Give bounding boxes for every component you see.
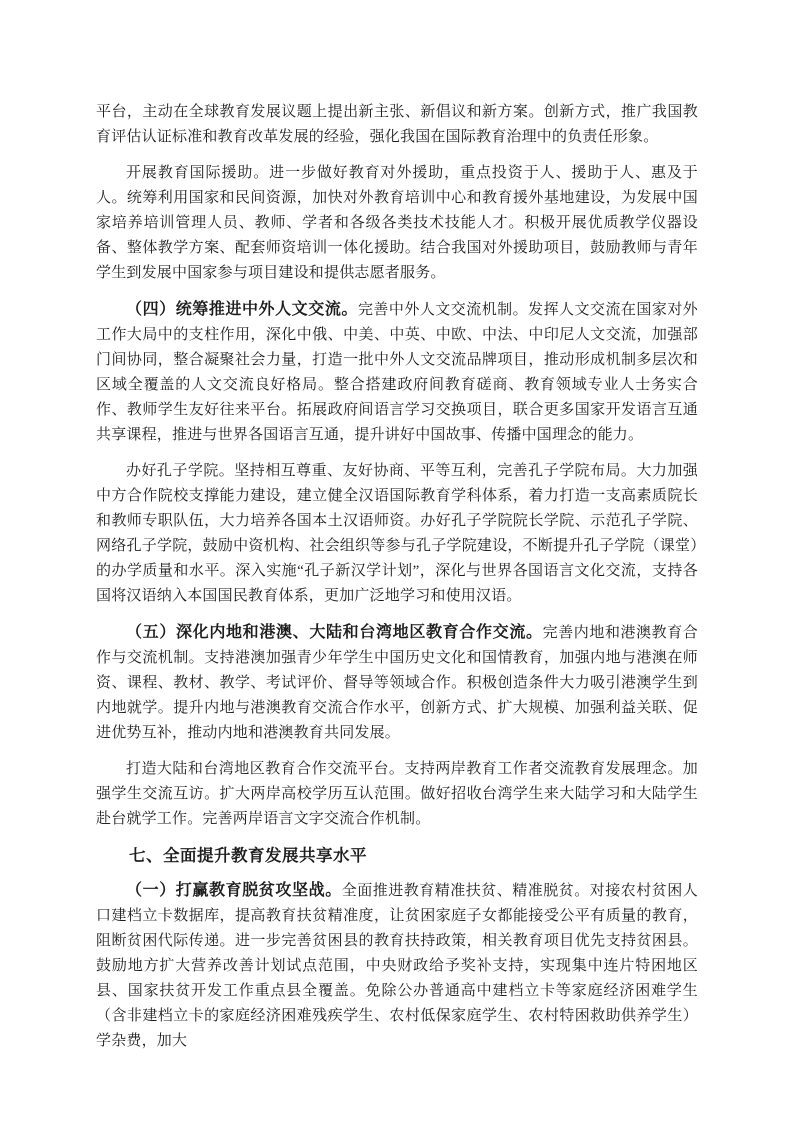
paragraph-text: 打造大陆和台湾地区教育合作交流平台。支持两岸教育工作者交流教育发展理念。加强学生…: [96, 761, 698, 827]
body-paragraph: 打造大陆和台湾地区教育合作交流平台。支持两岸教育工作者交流教育发展理念。加强学生…: [96, 757, 698, 832]
body-paragraph: 平台，主动在全球教育发展议题上提出新主张、新倡议和新方案。创新方式，推广我国教育…: [96, 100, 698, 150]
document-content: 平台，主动在全球教育发展议题上提出新主张、新倡议和新方案。创新方式，推广我国教育…: [96, 100, 698, 1065]
paragraph-text: 全面推进教育精准扶贫、精准脱贫。对接农村贫困人口建档立卡数据库，提高教育扶贫精准…: [96, 883, 698, 1049]
document-page: 平台，主动在全球教育发展议题上提出新主张、新倡议和新方案。创新方式，推广我国教育…: [0, 0, 793, 1122]
section-heading: 七、全面提升教育发展共享水平: [96, 843, 698, 868]
paragraph-lead: （一）打赢教育脱贫攻坚战。: [126, 882, 342, 899]
paragraph-text: 办好孔子学院。坚持相互尊重、友好协商、平等互利，完善孔子学院布局。大力加强中方合…: [96, 463, 698, 604]
numbered-item-paragraph: （一）打赢教育脱贫攻坚战。全面推进教育精准扶贫、精准脱贫。对接农村贫困人口建档立…: [96, 878, 698, 1054]
paragraph-text: 平台，主动在全球教育发展议题上提出新主张、新倡议和新方案。创新方式，推广我国教育…: [96, 104, 698, 145]
body-paragraph: 办好孔子学院。坚持相互尊重、友好协商、平等互利，完善孔子学院布局。大力加强中方合…: [96, 459, 698, 609]
paragraph-text: 完善中外人文交流机制。发挥人文交流在国家对外工作大局中的支柱作用，深化中俄、中美…: [96, 302, 698, 443]
paragraph-text: 完善内地和港澳教育合作与交流机制。支持港澳加强青少年学生中国历史文化和国情教育，…: [96, 625, 698, 741]
numbered-item-paragraph: （五）深化内地和港澳、大陆和台湾地区教育合作交流。完善内地和港澳教育合作与交流机…: [96, 620, 698, 746]
numbered-item-paragraph: （四）统筹推进中外人文交流。完善中外人文交流机制。发挥人文交流在国家对外工作大局…: [96, 297, 698, 448]
paragraph-lead: （四）统筹推进中外人文交流。: [126, 301, 358, 318]
body-paragraph: 开展教育国际援助。进一步做好教育对外援助，重点投资于人、援助于人、惠及于人。统筹…: [96, 161, 698, 286]
paragraph-lead: （五）深化内地和港澳、大陆和台湾地区教育合作交流。: [126, 624, 543, 641]
paragraph-text: 开展教育国际援助。进一步做好教育对外援助，重点投资于人、援助于人、惠及于人。统筹…: [96, 165, 698, 281]
